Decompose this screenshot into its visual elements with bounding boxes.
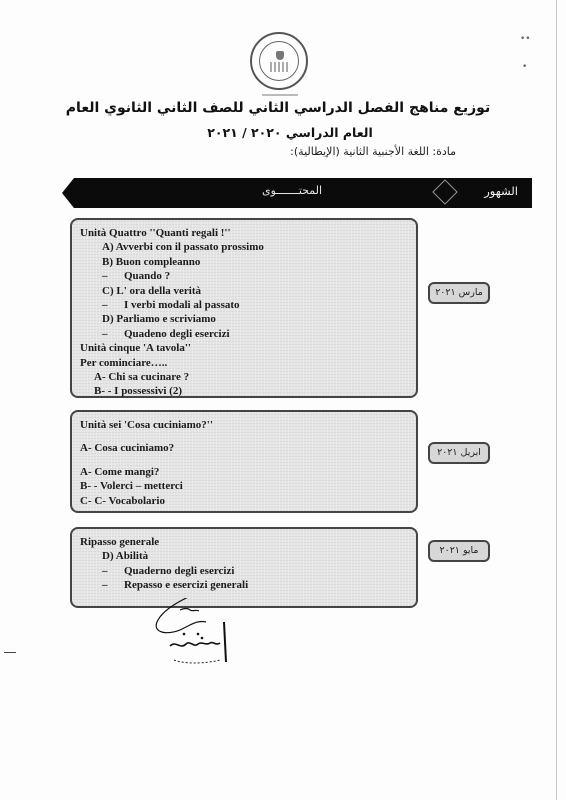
- content-line: C- C- Vocabolario: [80, 494, 408, 508]
- ministry-seal-logo: [250, 32, 308, 90]
- content-line: Per cominciare…..: [80, 356, 408, 370]
- content-line: A- Come mangi?: [80, 465, 408, 479]
- content-line: D) Parliamo e scriviamo: [80, 312, 408, 326]
- content-line: Unità cinque 'A tavola'': [80, 341, 408, 355]
- content-line: Quando ?: [80, 269, 408, 283]
- month-badge-may: مايو ٢٠٢١: [428, 540, 490, 562]
- content-line: Quaderno degli esercizi: [80, 564, 408, 578]
- seal-inner-ring: [259, 41, 299, 81]
- content-line: Quadeno degli esercizi: [80, 327, 408, 341]
- eagle-emblem-icon: [276, 51, 284, 60]
- content-line: Ripasso generale: [80, 535, 408, 549]
- seal-calligraphy: [270, 62, 290, 72]
- stray-mark: [4, 652, 16, 653]
- subject-label: مادة: اللغة الأجنبية الثانية (الإيطالية)…: [290, 145, 456, 158]
- content-column-header: المحتـــــــوى: [262, 184, 322, 197]
- content-line: Unità sei 'Cosa cuciniamo?'': [80, 418, 408, 432]
- academic-year: العام الدراسي ٢٠٢٠ / ٢٠٢١: [120, 125, 460, 140]
- scan-mark: ••: [520, 34, 531, 44]
- content-line: A) Avverbi con il passato prossimo: [80, 240, 408, 254]
- months-column-header: الشهور: [484, 184, 518, 198]
- month-badge-march: مارس ٢٠٢١: [428, 282, 490, 304]
- handwritten-signature: [140, 598, 270, 678]
- logo-caption: [262, 94, 298, 96]
- content-line: A- Chi sa cucinare ?: [80, 370, 408, 384]
- content-line: B) Buon compleanno: [80, 255, 408, 269]
- content-line: B- - Volerci – metterci: [80, 479, 408, 493]
- diamond-divider-icon: [432, 179, 457, 204]
- scan-mark: •: [522, 62, 527, 72]
- document-title: توزيع مناهج الفصل الدراسي الثاني للصف ال…: [0, 100, 556, 116]
- page-edge-line: [556, 0, 557, 800]
- month-badge-april: ابريل ٢٠٢١: [428, 442, 490, 464]
- table-header-bar: المحتـــــــوى الشهور: [62, 178, 532, 208]
- content-line: B- - I possessivi (2): [80, 384, 408, 398]
- content-line: Unità Quattro ''Quanti regali !'': [80, 226, 408, 240]
- content-line: I verbi modali al passato: [80, 298, 408, 312]
- content-line: A- Cosa cuciniamo?: [80, 441, 408, 455]
- content-box-may: Ripasso generaleD) AbilitàQuaderno degli…: [70, 527, 418, 608]
- content-line: Repasso e esercizi generali: [80, 578, 408, 592]
- content-line: D) Abilità: [80, 549, 408, 563]
- content-line: C) L' ora della verità: [80, 284, 408, 298]
- content-box-march: Unità Quattro ''Quanti regali !''A) Avve…: [70, 218, 418, 398]
- content-box-april: Unità sei 'Cosa cuciniamo?''A- Cosa cuci…: [70, 410, 418, 513]
